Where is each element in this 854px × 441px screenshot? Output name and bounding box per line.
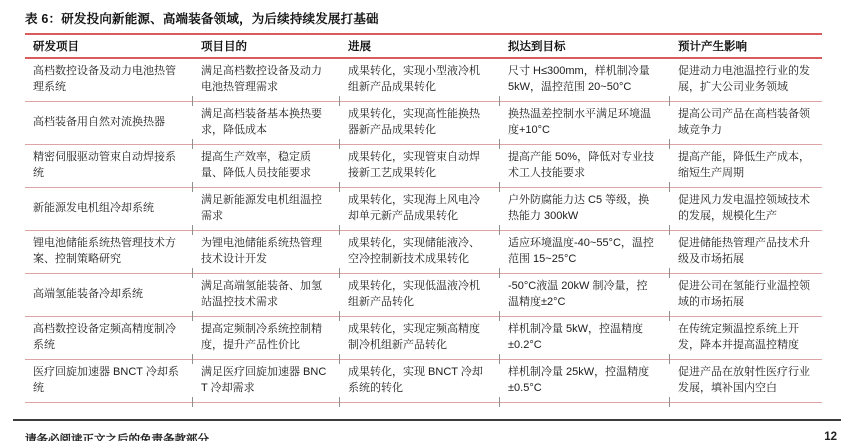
header-row: 研发项目 项目目的 进展 拟达到目标 预计产生影响: [25, 34, 822, 58]
table-cell: 高档装备用自然对流换热器: [25, 101, 193, 144]
table-cell: 提高生产效率，稳定质量、降低人员技能要求: [193, 144, 340, 187]
table-cell: 提高产能，降低生产成本，缩短生产周期: [670, 144, 822, 187]
table-cell: 促进风力发电温控领域技术的发展，规模化生产: [670, 187, 822, 230]
page-footer: 请务必阅读正文之后的免责条款部分 12: [13, 419, 841, 441]
table-cell: 成果转化，实现储能液冷、空冷控制新技术成果转化: [340, 230, 500, 273]
table-row: 新能源发电机组冷却系统 满足新能源发电机组温控需求 成果转化，实现海上风电冷却单…: [25, 187, 822, 230]
table-cell: 满足高端氢能装备、加氢站温控技术需求: [193, 273, 340, 316]
table-cell: 成果转化，实现低温液冷机组新产品转化: [340, 273, 500, 316]
col-header-project: 研发项目: [25, 34, 193, 58]
table-cell: 尺寸 H≤300mm，样机制冷量 5kW，温控范围 20~50°C: [500, 58, 670, 101]
col-header-target: 拟达到目标: [500, 34, 670, 58]
table-cell: 高档数控设备及动力电池热管理系统: [25, 58, 193, 101]
table-row: 高档数控设备及动力电池热管理系统 满足高档数控设备及动力电池热管理需求 成果转化…: [25, 58, 822, 101]
table-cell: 高端氢能装备冷却系统: [25, 273, 193, 316]
table-cell: 高档数控设备定频高精度制冷系统: [25, 316, 193, 359]
table-cell: 成果转化，实现海上风电冷却单元新产品成果转化: [340, 187, 500, 230]
table-row: 高档数控设备定频高精度制冷系统 提高定频制冷系统控制精度，提升产品性价比 成果转…: [25, 316, 822, 359]
table-cell: 成果转化，实现 BNCT 冷却系统的转化: [340, 359, 500, 402]
table-cell: 锂电池储能系统热管理技术方案、控制策略研究: [25, 230, 193, 273]
table-cell: 满足医疗回旋加速器 BNCT 冷却需求: [193, 359, 340, 402]
col-header-purpose: 项目目的: [193, 34, 340, 58]
rd-projects-table: 研发项目 项目目的 进展 拟达到目标 预计产生影响 高档数控设备及动力电池热管理…: [25, 33, 822, 403]
table-cell: 满足新能源发电机组温控需求: [193, 187, 340, 230]
table-cell: 满足高档装备基本换热要求，降低成本: [193, 101, 340, 144]
table-cell: 成果转化，实现定频高精度制冷机组新产品转化: [340, 316, 500, 359]
table-row: 医疗回旋加速器 BNCT 冷却系统 满足医疗回旋加速器 BNCT 冷却需求 成果…: [25, 359, 822, 402]
table-cell: 促进产品在放射性医疗行业发展，填补国内空白: [670, 359, 822, 402]
table-row: 锂电池储能系统热管理技术方案、控制策略研究 为锂电池储能系统热管理技术设计开发 …: [25, 230, 822, 273]
table-cell: 医疗回旋加速器 BNCT 冷却系统: [25, 359, 193, 402]
table-cell: 在传统定频温控系统上开发，降本并提高温控精度: [670, 316, 822, 359]
table-cell: 满足高档数控设备及动力电池热管理需求: [193, 58, 340, 101]
report-page: 表 6：研发投向新能源、高端装备领域，为后续持续发展打基础 研发项目 项目目的 …: [0, 0, 854, 441]
table-cell: 精密伺服驱动管束自动焊接系统: [25, 144, 193, 187]
table-row: 高端氢能装备冷却系统 满足高端氢能装备、加氢站温控技术需求 成果转化，实现低温液…: [25, 273, 822, 316]
table-cell: 为锂电池储能系统热管理技术设计开发: [193, 230, 340, 273]
col-header-progress: 进展: [340, 34, 500, 58]
table-cell: 提高产能 50%，降低对专业技术工人技能要求: [500, 144, 670, 187]
table-cell: 成果转化，实现小型液冷机组新产品成果转化: [340, 58, 500, 101]
table-cell: 样机制冷量 25kW，控温精度±0.5°C: [500, 359, 670, 402]
table-cell: 促进公司在氢能行业温控领域的市场拓展: [670, 273, 822, 316]
table-title: 表 6：研发投向新能源、高端装备领域，为后续持续发展打基础: [25, 9, 379, 27]
table-cell: 新能源发电机组冷却系统: [25, 187, 193, 230]
table-row: 精密伺服驱动管束自动焊接系统 提高生产效率，稳定质量、降低人员技能要求 成果转化…: [25, 144, 822, 187]
table-cell: 换热温差控制水平满足环境温度+10°C: [500, 101, 670, 144]
footer-disclaimer: 请务必阅读正文之后的免责条款部分: [25, 431, 209, 441]
table-cell: 样机制冷量 5kW，控温精度±0.2°C: [500, 316, 670, 359]
footer-page-number: 12: [824, 431, 837, 441]
table-cell: 成果转化，实现管束自动焊接新工艺成果转化: [340, 144, 500, 187]
table-cell: 促进动力电池温控行业的发展，扩大公司业务领域: [670, 58, 822, 101]
table-cell: 提高定频制冷系统控制精度，提升产品性价比: [193, 316, 340, 359]
table-cell: 户外防腐能力达 C5 等级，换热能力 300kW: [500, 187, 670, 230]
table-cell: 适应环境温度-40~55°C，温控范围 15~25°C: [500, 230, 670, 273]
table-cell: 提高公司产品在高档装备领域竞争力: [670, 101, 822, 144]
table-cell: 成果转化，实现高性能换热器新产品成果转化: [340, 101, 500, 144]
col-header-impact: 预计产生影响: [670, 34, 822, 58]
table-row: 高档装备用自然对流换热器 满足高档装备基本换热要求，降低成本 成果转化，实现高性…: [25, 101, 822, 144]
table-cell: 促进储能热管理产品技术升级及市场拓展: [670, 230, 822, 273]
table-cell: -50°C液温 20kW 制冷量，控温精度±2°C: [500, 273, 670, 316]
